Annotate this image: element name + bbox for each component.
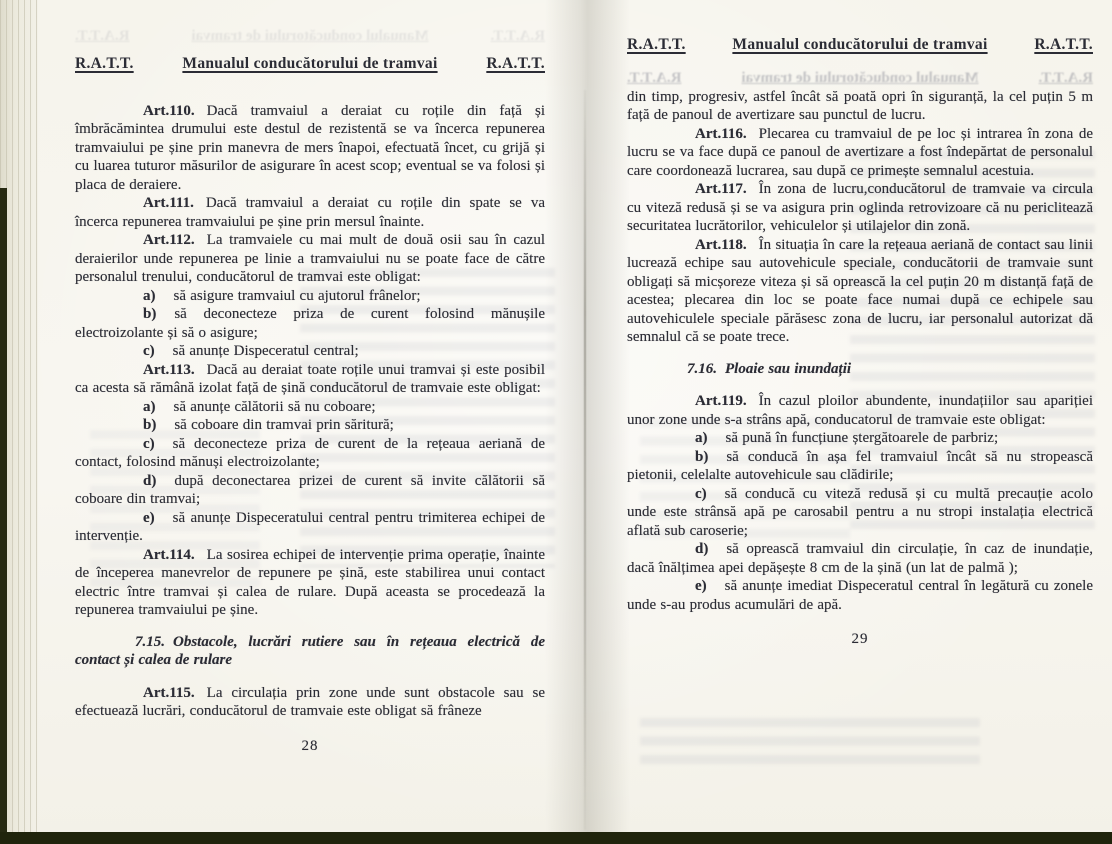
page-body: Art.110.Dacă tramvaiul a deraiat cu roți… bbox=[75, 102, 545, 721]
paragraph-label: Art.119. bbox=[695, 393, 747, 409]
paragraph-label: b) bbox=[143, 306, 156, 322]
paragraph-label: Art.112. bbox=[143, 232, 195, 248]
paragraph-label: b) bbox=[143, 417, 156, 433]
paragraph-label: 7.16. bbox=[687, 361, 717, 377]
paragraph-label: Art.117. bbox=[695, 181, 747, 197]
header-title: Manualul conducătorului de tramvai bbox=[732, 36, 987, 55]
paragraph-plain: din timp, progresiv, astfel încât să poa… bbox=[627, 88, 1093, 125]
book-cover-edge bbox=[0, 188, 7, 844]
paragraph-list: d)să oprească tramvaiul din circulație, … bbox=[627, 540, 1093, 577]
header-title: Manualul conducătorului de tramvai bbox=[182, 55, 437, 74]
paragraph-label: d) bbox=[143, 473, 156, 489]
header-ratt-left: R.A.T.T. bbox=[75, 55, 134, 74]
bleedthrough-header: R.A.T.T. Manualul conducătorului de tram… bbox=[75, 28, 545, 45]
header-ratt-right: R.A.T.T. bbox=[486, 55, 545, 74]
paragraph-list: c)să deconecteze priza de curent de la r… bbox=[75, 435, 545, 472]
paragraph-list: b)să deconecteze priza de curent folosin… bbox=[75, 305, 545, 342]
paragraph-article: Art.117.În zona de lucru,conducătorul de… bbox=[627, 180, 1093, 236]
paragraph-label: d) bbox=[695, 541, 708, 557]
bleedthrough-text: R.A.T.T. bbox=[75, 28, 129, 45]
paragraph-label: a) bbox=[143, 288, 156, 304]
paragraph-article: Art.115.La circulația prin zone unde sun… bbox=[75, 684, 545, 721]
page-number: 28 bbox=[75, 737, 545, 756]
header-ratt-right: R.A.T.T. bbox=[1034, 36, 1093, 55]
paragraph-section: 7.16.Ploaie sau inundații bbox=[627, 360, 1093, 379]
paragraph-article: Art.114.La sosirea echipei de intervenți… bbox=[75, 546, 545, 620]
paragraph-label: a) bbox=[695, 430, 708, 446]
paragraph-list: b)să coboare din tramvai prin săritură; bbox=[75, 416, 545, 435]
paragraph-text: să pună în funcțiune ștergătoarele de pa… bbox=[726, 430, 999, 446]
book-spine-shadow bbox=[545, 0, 630, 832]
running-header: R.A.T.T. Manualul conducătorului de tram… bbox=[75, 55, 545, 74]
paragraph-text: să asigure tramvaiul cu ajutorul frânelo… bbox=[174, 288, 421, 304]
paragraph-article: Art.111.Dacă tramvaiul a deraiat cu roți… bbox=[75, 194, 545, 231]
paragraph-label: Art.111. bbox=[143, 195, 194, 211]
paragraph-label: e) bbox=[143, 510, 155, 526]
paragraph-list: e)să anunțe Dispeceratului central pentr… bbox=[75, 509, 545, 546]
paragraph-article: Art.116.Plecarea cu tramvaiul de pe loc … bbox=[627, 125, 1093, 181]
bleedthrough-text: R.A.T.T. bbox=[491, 28, 545, 45]
scanned-book-spread: R.A.T.T. Manualul conducătorului de tram… bbox=[0, 0, 1112, 844]
bleedthrough-texture bbox=[640, 718, 980, 766]
paragraph-article: Art.119.În cazul ploilor abundente, inun… bbox=[627, 392, 1093, 429]
paragraph-label: Art.114. bbox=[143, 547, 195, 563]
paragraph-list: a)să pună în funcțiune ștergătoarele de … bbox=[627, 429, 1093, 448]
page-right: R.A.T.T. Manualul conducătorului de tram… bbox=[627, 36, 1093, 649]
paragraph-text: să anunțe călătorii să nu coboare; bbox=[174, 399, 376, 415]
paragraph-label: Art.113. bbox=[143, 362, 195, 378]
paragraph-label: c) bbox=[143, 343, 155, 359]
paragraph-label: a) bbox=[143, 399, 156, 415]
paragraph-list: b)să conducă în așa fel tramvaiul încât … bbox=[627, 448, 1093, 485]
page-number: 29 bbox=[627, 630, 1093, 649]
paragraph-article: Art.112.La tramvaiele cu mai mult de dou… bbox=[75, 231, 545, 287]
paragraph-section: 7.15.Obstacole, lucrări rutiere sau în r… bbox=[75, 633, 545, 670]
page-left: R.A.T.T. Manualul conducătorului de tram… bbox=[75, 55, 545, 755]
page-body: din timp, progresiv, astfel încât să poa… bbox=[627, 88, 1093, 615]
paragraph-label: c) bbox=[143, 436, 155, 452]
paragraph-label: c) bbox=[695, 486, 707, 502]
paragraph-text: să coboare din tramvai prin săritură; bbox=[174, 417, 394, 433]
bleedthrough-text: Manualul conducătorului de tramvai bbox=[191, 28, 428, 45]
header-ratt-left: R.A.T.T. bbox=[627, 36, 686, 55]
paragraph-list: a)să asigure tramvaiul cu ajutorul frâne… bbox=[75, 287, 545, 306]
paragraph-list: e)să anunțe imediat Dispeceratul central… bbox=[627, 577, 1093, 614]
paragraph-text: din timp, progresiv, astfel încât să poa… bbox=[627, 89, 1093, 124]
paragraph-label: Art.110. bbox=[143, 103, 195, 119]
running-header: R.A.T.T. Manualul conducătorului de tram… bbox=[627, 36, 1093, 55]
paragraph-label: Art.118. bbox=[695, 237, 747, 253]
paragraph-article: Art.110.Dacă tramvaiul a deraiat cu roți… bbox=[75, 102, 545, 195]
book-spine-line bbox=[584, 90, 586, 830]
paragraph-list: a)să anunțe călătorii să nu coboare; bbox=[75, 398, 545, 417]
paragraph-label: Art.115. bbox=[143, 685, 195, 701]
paragraph-list: d)după deconectarea prizei de curent să … bbox=[75, 472, 545, 509]
paragraph-text: să anunțe Dispeceratul central; bbox=[173, 343, 359, 359]
paragraph-article: Art.118.În situația în care la rețeaua a… bbox=[627, 236, 1093, 347]
paragraph-label: 7.15. bbox=[135, 634, 165, 650]
paragraph-label: Art.116. bbox=[695, 126, 747, 142]
paragraph-list: c)să conducă cu viteză redusă și cu mult… bbox=[627, 485, 1093, 541]
paragraph-article: Art.113.Dacă au deraiat toate roțile unu… bbox=[75, 361, 545, 398]
paragraph-label: b) bbox=[695, 449, 708, 465]
scanner-edge-band bbox=[0, 832, 1112, 844]
paragraph-text: Ploaie sau inundații bbox=[725, 361, 851, 377]
paragraph-list: c)să anunțe Dispeceratul central; bbox=[75, 342, 545, 361]
paragraph-label: e) bbox=[695, 578, 707, 594]
